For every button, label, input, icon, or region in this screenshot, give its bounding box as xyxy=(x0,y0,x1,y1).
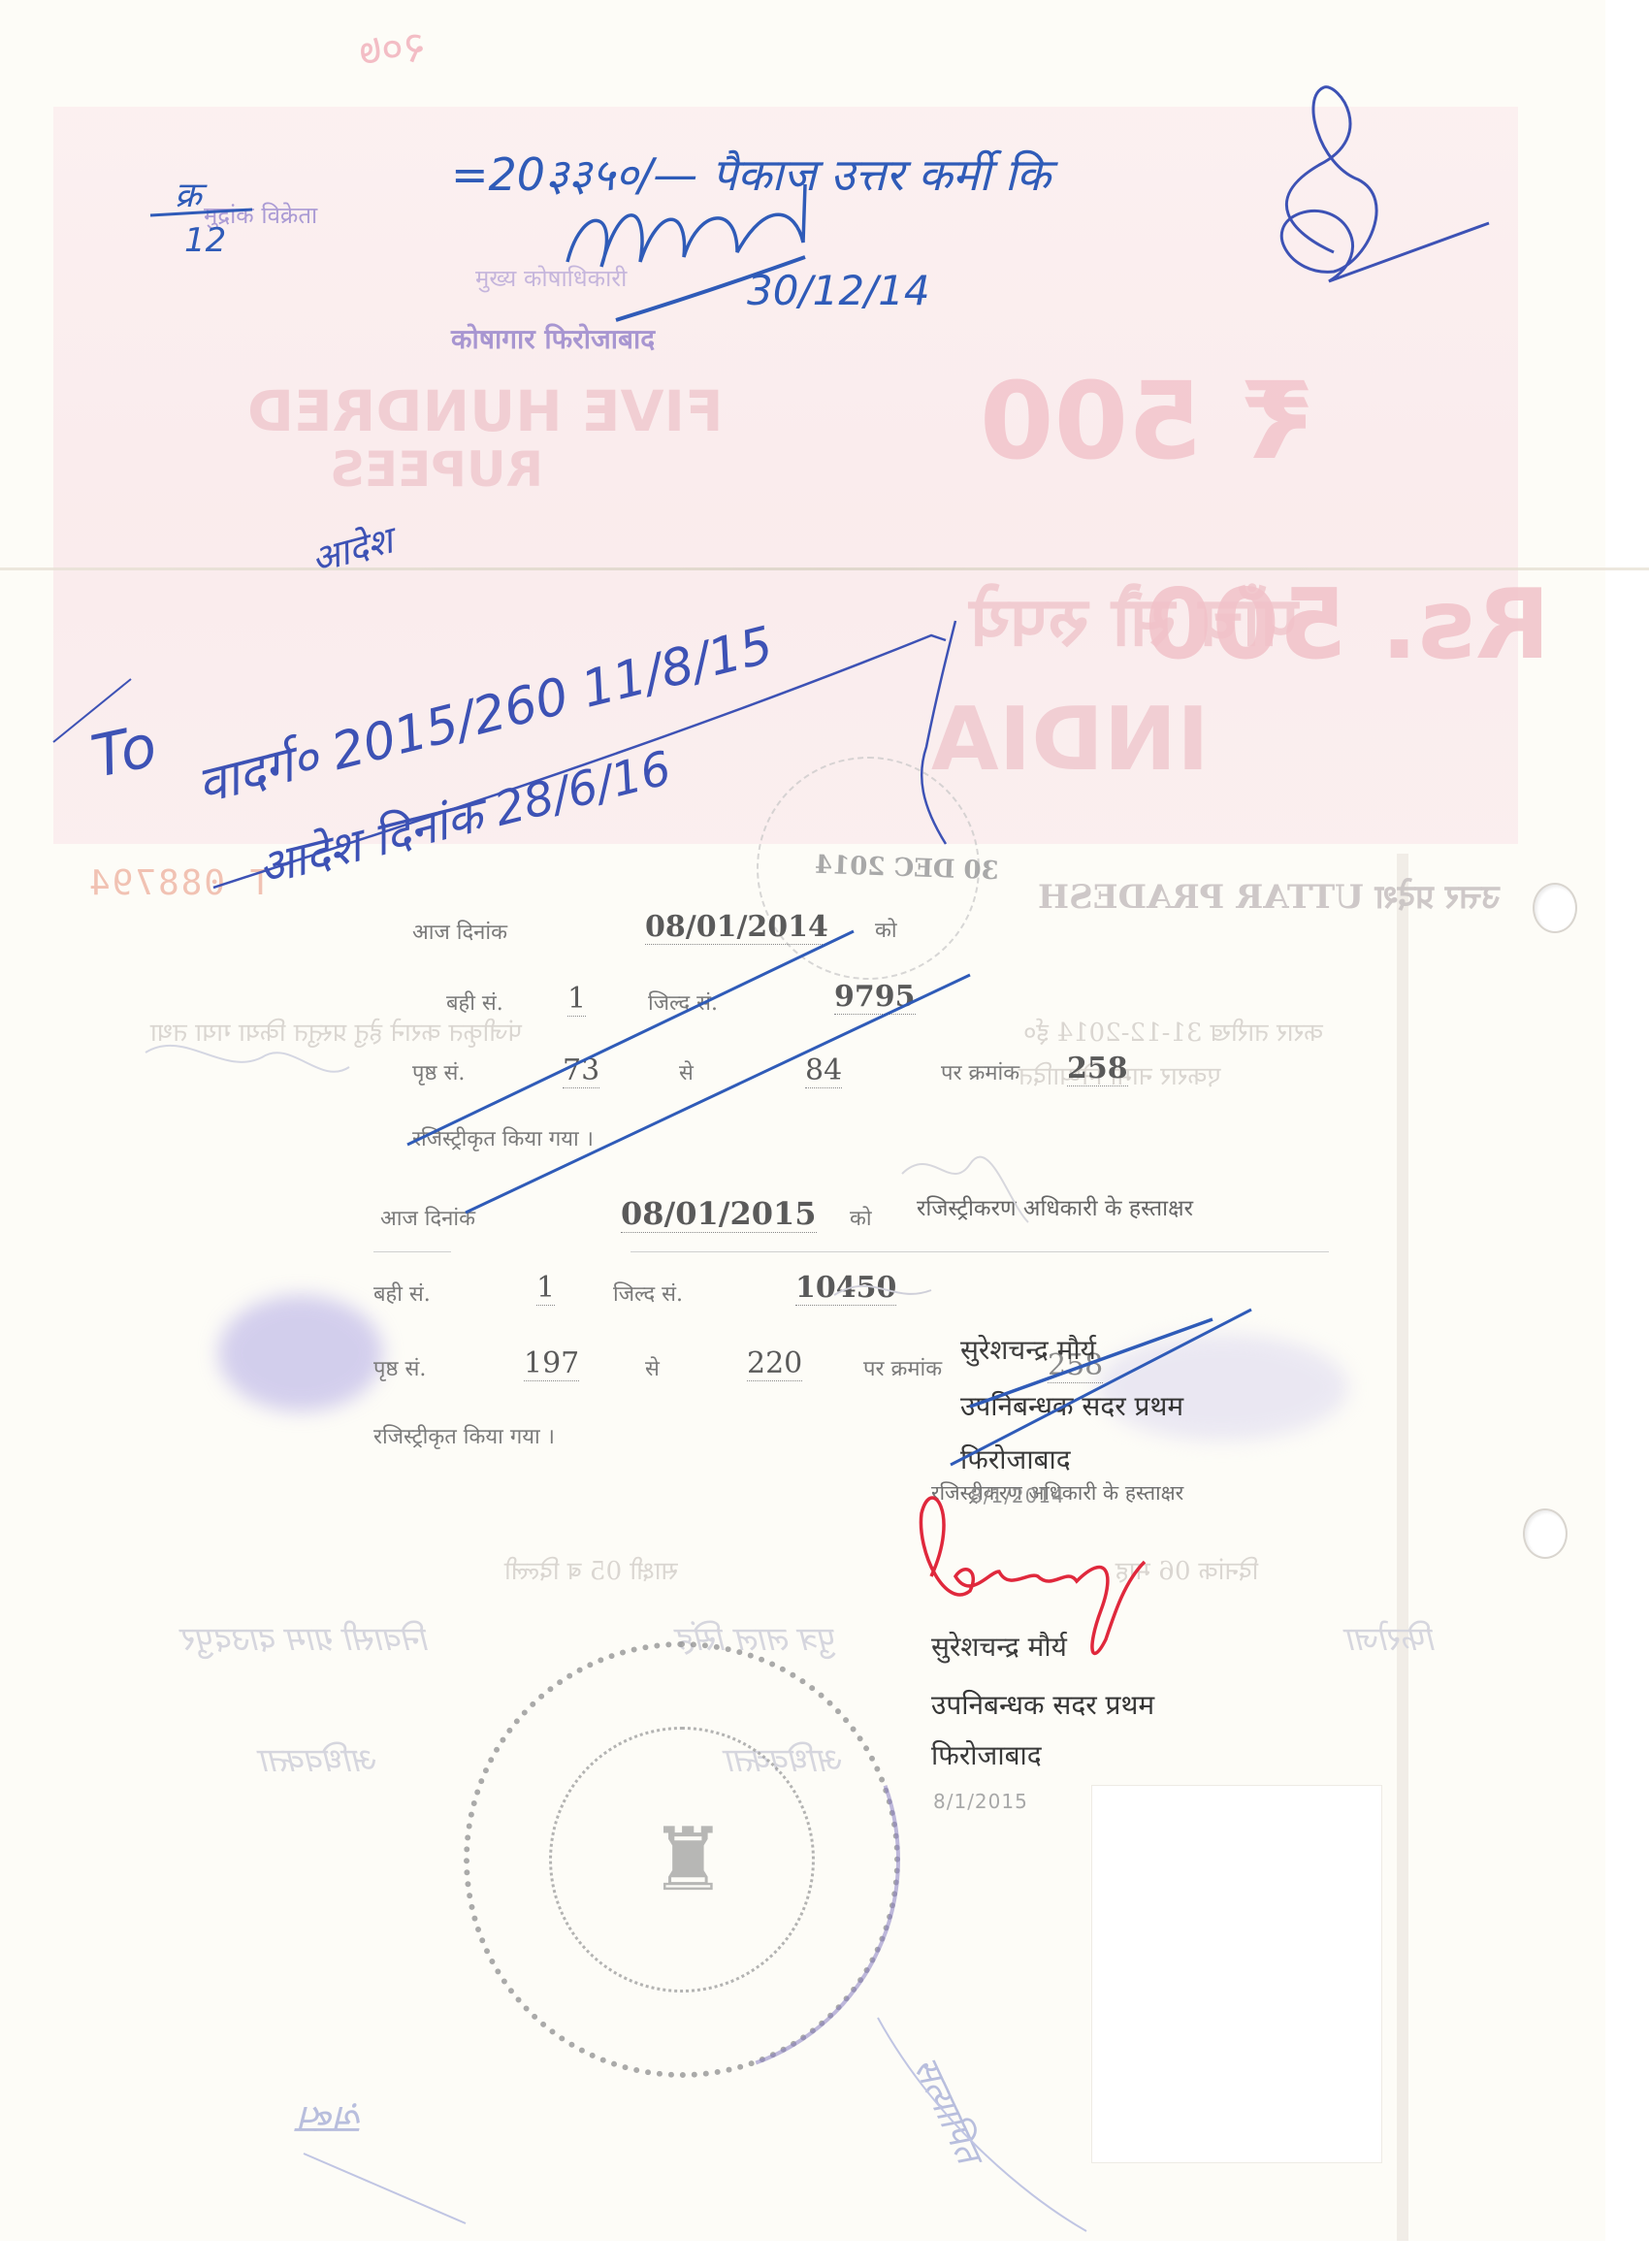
bleed-through-text: पंजीकृत कराने हेतु प्रस्तुत किया गया तथा xyxy=(150,1014,522,1049)
second-volume-value: 10450 xyxy=(795,1271,896,1306)
first-serial-value: 258 xyxy=(1067,1052,1128,1086)
bleed-through-text: करार तारीख 31-12-2014 ई० xyxy=(1023,1014,1323,1049)
first-serial-label: पर क्रमांक xyxy=(941,1057,1019,1086)
first-volume-label: जिल्द सं. xyxy=(648,988,718,1017)
second-book-label: बही सं. xyxy=(373,1279,431,1308)
second-date-label: आज दिनांक xyxy=(380,1203,475,1232)
bleed-through-handwriting: फिरोजा xyxy=(1348,1615,1438,1660)
officer-name-struck: सुरेशचन्द्र मौर्य xyxy=(960,1331,1096,1368)
second-date-suffix: को xyxy=(850,1203,872,1232)
handwritten-to: To xyxy=(85,712,162,792)
scan-margin-bottom xyxy=(0,2241,1649,2268)
country-label: INDIA xyxy=(931,689,1210,791)
second-page-from: 197 xyxy=(524,1346,579,1381)
treasury-stamp-line1: मुख्य कोषाधिकारी xyxy=(475,262,627,294)
first-page-from: 73 xyxy=(563,1053,599,1088)
red-pencil-mark: २०७ xyxy=(357,16,428,79)
bleed-through-text: साक्षी 05 ब दिल्ली xyxy=(504,1552,678,1587)
punch-hole xyxy=(1533,883,1577,933)
officer-place: फिरोजाबाद xyxy=(931,1736,1042,1773)
treasury-stamp-line2: कोषागार फिरोजाबाद xyxy=(451,320,655,357)
divider-line xyxy=(630,1251,1329,1252)
officer-date: 8/1/2015 xyxy=(933,1790,1028,1813)
officer-place-struck: फिरोजाबाद xyxy=(960,1441,1071,1477)
denomination-english-line2: RUPEES xyxy=(330,441,543,498)
second-page-to: 220 xyxy=(747,1346,802,1381)
second-volume-label: जिल्द सं. xyxy=(613,1279,683,1308)
second-page-to-label: से xyxy=(645,1353,660,1382)
handwritten-bottom-left-mark: ज़ब्त xyxy=(301,2095,365,2149)
second-page-label: पृष्ठ सं. xyxy=(373,1353,426,1382)
second-serial-label: पर क्रमांक xyxy=(863,1353,942,1382)
state-banner: उत्तर प्रदेश UTTAR PRADESH xyxy=(1038,873,1500,918)
officer-name: सुरेशचन्द्र मौर्य xyxy=(931,1628,1067,1665)
bleed-through-handwriting: निवासी ग्राम दाउदपुर xyxy=(184,1615,431,1660)
first-page-to: 84 xyxy=(805,1053,842,1088)
bleed-through-text: दिनांक 06 माह xyxy=(1115,1552,1258,1587)
divider-line xyxy=(373,1251,451,1252)
punch-hole xyxy=(1523,1508,1568,1559)
signature-heading: रजिस्ट्रीकरण अधिकारी के हस्ताक्षर xyxy=(917,1191,1193,1222)
officer-title-struck: उपनिबन्धक सदर प्रथम xyxy=(960,1387,1183,1424)
first-date-label: आज दिनांक xyxy=(412,917,507,946)
seal-purple-ink-arc xyxy=(392,1570,972,2150)
handwritten-top-date: 30/12/14 xyxy=(747,267,930,314)
vertical-fold-line xyxy=(1397,854,1408,2241)
first-date-value: 08/01/2014 xyxy=(645,910,828,945)
handwritten-fraction-numerator: क्र xyxy=(175,170,202,217)
stamp-serial-left: T 088794 xyxy=(87,863,271,903)
first-page-label: पृष्ठ सं. xyxy=(412,1057,465,1086)
second-date-value: 08/01/2015 xyxy=(621,1195,817,1233)
scan-margin-right xyxy=(1605,0,1649,2268)
officer-overprint-date: 8/1/2014 xyxy=(970,1484,1065,1507)
first-volume-value: 9795 xyxy=(834,980,916,1015)
officer-title: उपनिबन्धक सदर प्रथम xyxy=(931,1686,1154,1723)
denomination-numeric: ₹ 500 xyxy=(980,359,1313,483)
first-book-label: बही सं. xyxy=(446,988,503,1017)
handwritten-bottom-right-mark: सत्यापित xyxy=(903,2049,993,2170)
second-registered-text: रजिस्ट्रीकृत किया गया । xyxy=(373,1421,555,1450)
ink-smudge xyxy=(218,1295,383,1411)
first-page-to-label: से xyxy=(679,1057,694,1086)
first-book-value: 1 xyxy=(567,982,586,1017)
second-book-value: 1 xyxy=(536,1271,555,1306)
bleed-through-handwriting: अधिवक्ता xyxy=(262,1736,379,1781)
handwritten-top-line: =20३३५०/— पैकाज उत्तर कर्मी कि xyxy=(451,144,1051,204)
first-registered-text: रजिस्ट्रीकृत किया गया । xyxy=(412,1123,594,1152)
handwritten-fraction-denominator: 12 xyxy=(184,221,226,260)
blank-paste-area xyxy=(1091,1785,1382,2163)
first-date-suffix: को xyxy=(875,915,897,944)
denomination-english-line1: FIVE HUNDRED xyxy=(247,383,724,439)
scanned-document-page: २०७ मुद्रांक विक्रेता मुख्य कोषाधिकारी क… xyxy=(0,0,1649,2268)
denomination-rs: Rs. 500 xyxy=(1145,567,1550,681)
